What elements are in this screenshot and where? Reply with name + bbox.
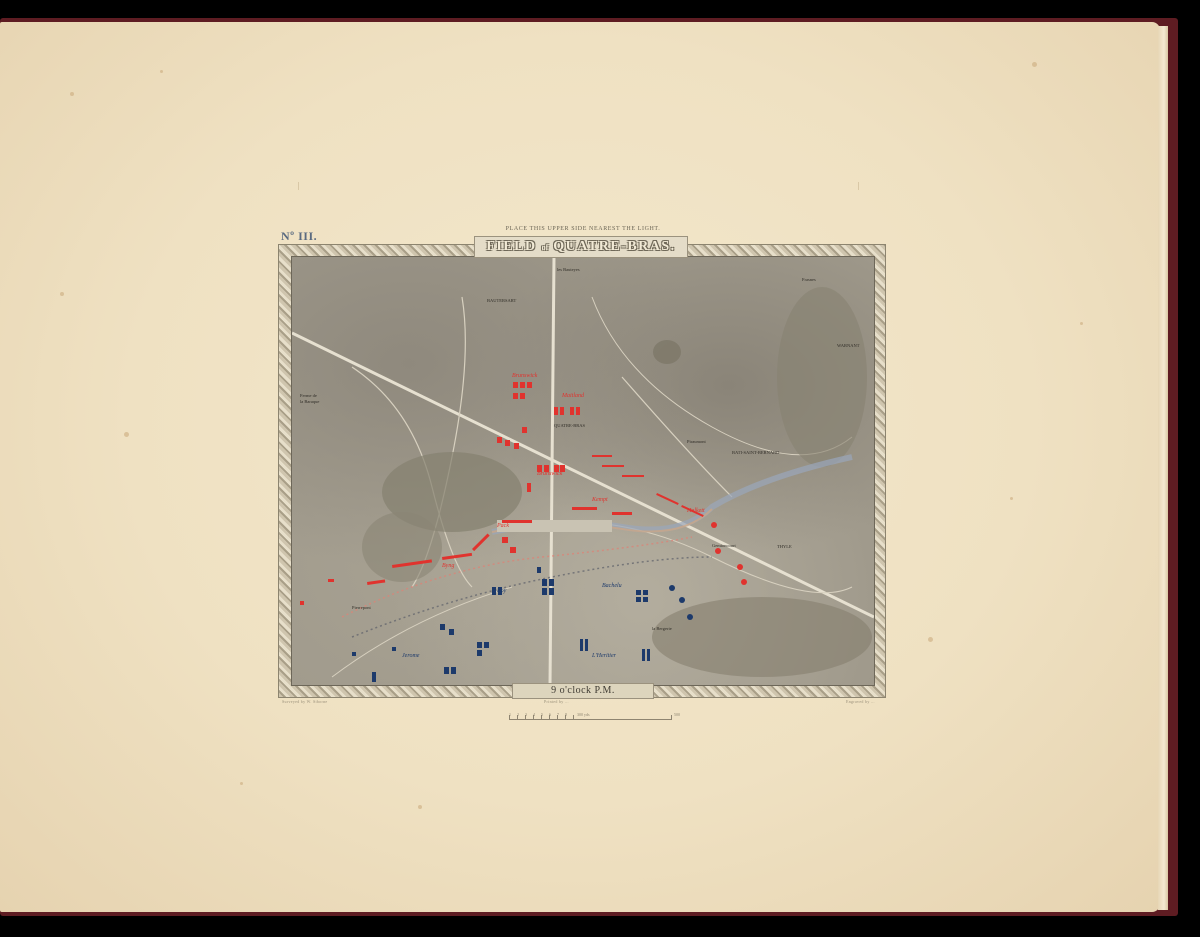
map-title-cartouche: FIELD of QUATRE-BRAS. (474, 236, 688, 258)
label-bautersart: BAUTERSART (487, 298, 516, 303)
label-ferme-baraque: Ferme de (300, 393, 317, 398)
label-piraumont: Piraumont (687, 439, 706, 444)
plate-number: Nº III. (281, 229, 317, 244)
title-part1: FIELD (486, 239, 536, 254)
credit-left: Surveyed by W. Siborne (282, 699, 328, 704)
page-edge (1158, 26, 1168, 910)
scale-tick-2: 2 (517, 712, 519, 717)
label-pierrepont: Pierrepont (352, 605, 371, 610)
credit-center: Printed by ... (544, 699, 569, 704)
scale-tick-6: 6 (549, 712, 551, 717)
troop-label-jerome: Jerome (402, 653, 420, 659)
svg-text:la Baraque: la Baraque (300, 399, 319, 404)
credit-right: Engraved by ... (846, 699, 875, 704)
label-thyle: THYLE (777, 544, 792, 549)
viewing-instruction: PLACE THIS UPPER SIDE NEAREST THE LIGHT. (478, 226, 688, 232)
battle-map: les Bauteyes BAUTERSART Frasnes Ferme de… (291, 256, 875, 686)
title-part2: QUATRE-BRAS. (553, 239, 675, 254)
label-les-bauteyes: les Bauteyes (557, 267, 580, 272)
scale-tick-3: 3 (525, 712, 527, 717)
troop-label-maitland: Maitland (561, 393, 585, 399)
label-gemioncourt: Gemioncourt (712, 543, 736, 548)
scale-end-label: 500 (674, 712, 680, 717)
allied-troops (300, 382, 747, 605)
label-bergerie: la Bergerie (652, 626, 672, 631)
scale-tick-8: 8 (565, 712, 567, 717)
label-quatre-bras: QUATRE-BRAS (554, 423, 586, 428)
troop-label-kempt: Kempt (591, 497, 608, 503)
map-drawing: les Bauteyes BAUTERSART Frasnes Ferme de… (292, 257, 874, 685)
troop-label-bachelu: Bachelu (602, 583, 622, 589)
scale-bar: 1 2 3 4 5 6 7 8 300 yds 500 (497, 712, 682, 722)
troop-label-pack: Pack (496, 523, 509, 529)
svg-text:Brunswick: Brunswick (537, 471, 563, 477)
label-sart-dame: WARNANT (837, 343, 860, 348)
troop-label-foy: Foy (496, 588, 507, 594)
troop-label-lheritier: L'Heritier (591, 653, 617, 659)
scale-tick-4: 4 (533, 712, 535, 717)
scale-mid-label: 300 yds (577, 712, 590, 717)
troop-label-brunswick: Brunswick (512, 373, 538, 379)
troop-label-byng: Byng (442, 563, 454, 569)
scale-tick-5: 5 (541, 712, 543, 717)
label-bati-saint-bernard: BATI-SAINT-BERNARD (732, 450, 780, 455)
troop-label-halkett: Halkett (686, 508, 705, 514)
french-troops (352, 567, 693, 682)
label-frasnes: Frasnes (802, 277, 816, 282)
scale-tick-7: 7 (557, 712, 559, 717)
title-connector: of (542, 243, 549, 252)
scale-tick-1: 1 (509, 712, 511, 717)
time-caption: 9 o'clock P.M. (512, 683, 654, 699)
